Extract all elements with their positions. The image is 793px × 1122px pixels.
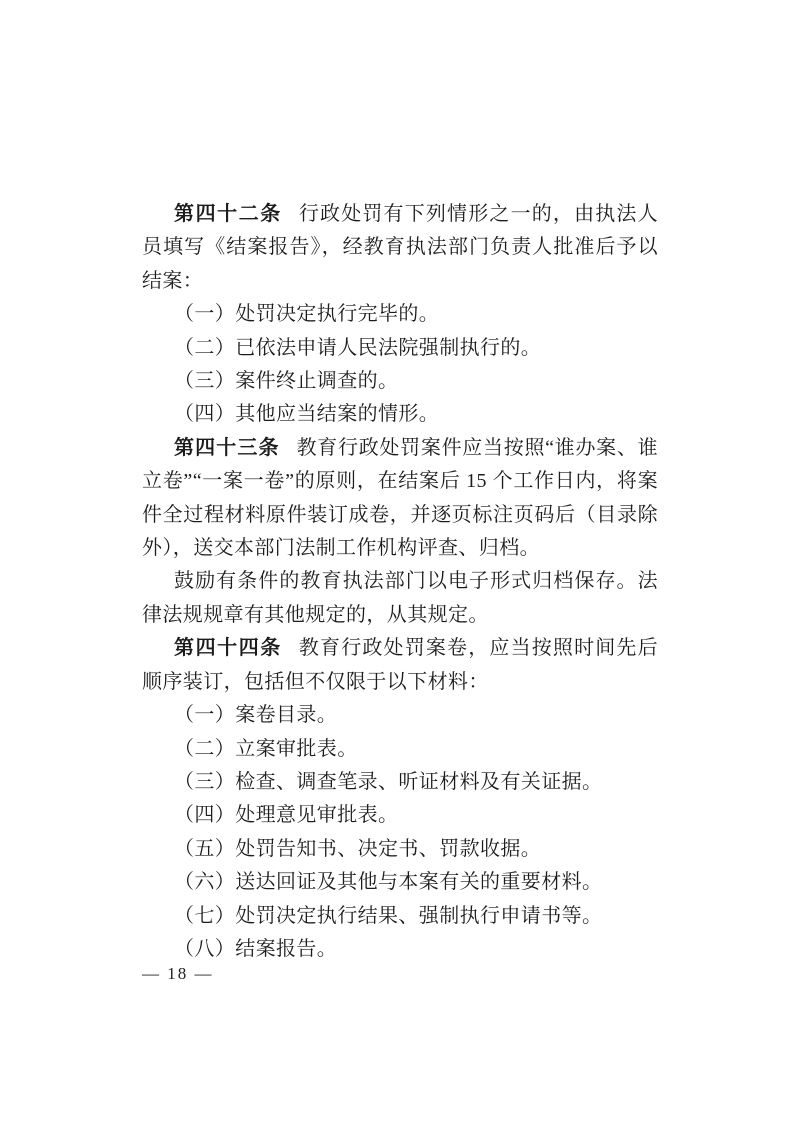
document-page: 第四十二条行政处罚有下列情形之一的，由执法人员填写《结案报告》，经教育执法部门负… bbox=[0, 0, 793, 1122]
article-42-item-3: （三）案件终止调查的。 bbox=[142, 365, 658, 398]
article-42-item-4: （四）其他应当结案的情形。 bbox=[142, 398, 658, 431]
article-42-item-2: （二）已依法申请人民法院强制执行的。 bbox=[142, 332, 658, 365]
page-number: — 18 — bbox=[142, 964, 214, 983]
article-44-item-8: （八）结案报告。 bbox=[142, 933, 658, 966]
article-43-term: 第四十三条 bbox=[174, 437, 280, 459]
article-44-item-3: （三）检查、调查笔录、听证材料及有关证据。 bbox=[142, 766, 658, 799]
article-44-item-4: （四）处理意见审批表。 bbox=[142, 799, 658, 832]
article-42-paragraph: 第四十二条行政处罚有下列情形之一的，由执法人员填写《结案报告》，经教育执法部门负… bbox=[142, 198, 658, 298]
article-44-item-1: （一）案卷目录。 bbox=[142, 699, 658, 732]
page-footer: — 18 — bbox=[142, 964, 214, 984]
article-43-paragraph: 第四十三条教育行政处罚案件应当按照“谁办案、谁立卷”“一案一卷”的原则，在结案后… bbox=[142, 432, 658, 566]
document-body: 第四十二条行政处罚有下列情形之一的，由执法人员填写《结案报告》，经教育执法部门负… bbox=[142, 198, 658, 966]
article-42-item-1: （一）处罚决定执行完毕的。 bbox=[142, 298, 658, 331]
article-44-item-6: （六）送达回证及其他与本案有关的重要材料。 bbox=[142, 866, 658, 899]
article-44-term: 第四十四条 bbox=[174, 637, 282, 659]
article-42-term: 第四十二条 bbox=[174, 203, 282, 225]
article-43-paragraph-2: 鼓励有条件的教育执法部门以电子形式归档保存。法律法规规章有其他规定的，从其规定。 bbox=[142, 565, 658, 632]
article-44-item-7: （七）处罚决定执行结果、强制执行申请书等。 bbox=[142, 900, 658, 933]
article-44-paragraph: 第四十四条教育行政处罚案卷，应当按照时间先后顺序装订，包括但不仅限于以下材料： bbox=[142, 632, 658, 699]
article-44-item-5: （五）处罚告知书、决定书、罚款收据。 bbox=[142, 833, 658, 866]
article-44-item-2: （二）立案审批表。 bbox=[142, 733, 658, 766]
